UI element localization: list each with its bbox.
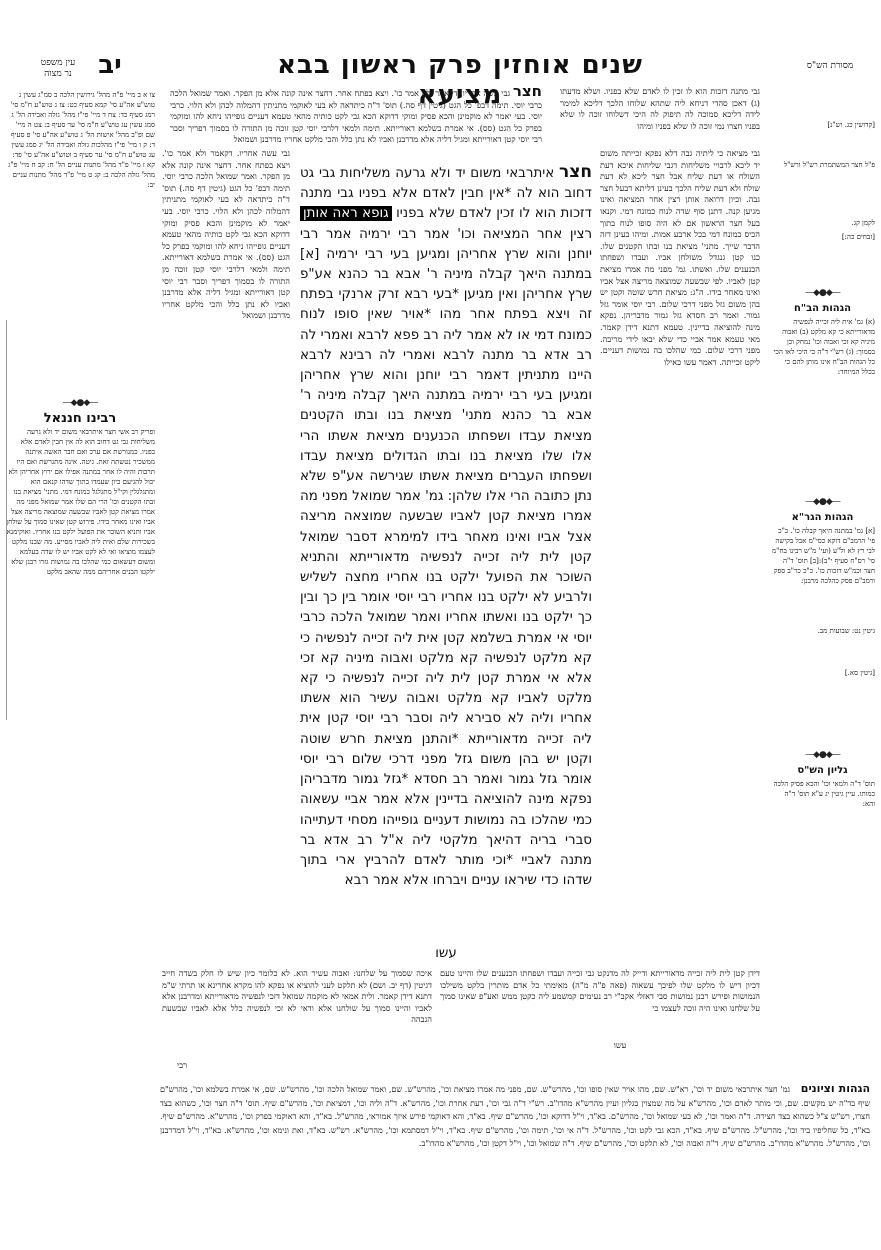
ein-mishpat-line1: עין משפט (18, 58, 98, 69)
hagahot-gra-text: [א] גמ' במתנה היאך קבלה כו'. כ"כ פי' הרמ… (770, 526, 875, 586)
lower-final-left: רבי (162, 1060, 202, 1072)
gemara-text-part2: רצין אחר המציאה וכו' אמר רבי ירמיה אמר ר… (300, 227, 592, 889)
margin-ref: [זבחים כה:] (770, 232, 875, 242)
lower-final-right: עשו (600, 1040, 640, 1052)
tosafot-column: גבי עשה אחריו. דקאמר ולא אמר כו'. ויצא ב… (162, 148, 290, 1008)
hagahot-bach-text: (א) גמ' אית ליה זכייה לנפשיה מדאורייתא כ… (770, 317, 875, 377)
lower-tosafot-text: איכה שסמוך על שלחנו: ואבוה עשיר הוא. לא … (162, 968, 432, 1024)
masoret-hashas-label: מסורת הש"ס (790, 60, 870, 71)
rashi-text: גבי מציאה כי ליתיה גבה דלא נפקא זכייתה מ… (600, 148, 760, 367)
lower-tosafot: איכה שסמוך על שלחנו: ואבוה עשיר הוא. לא … (162, 968, 432, 1058)
margin-ref: פ"ל חצר המשתמרת רש"ל ורש"ל (770, 160, 875, 170)
rashi-column: גבי מציאה כי ליתיה גבה דלא נפקא זכייתה מ… (600, 148, 760, 1008)
margin-ref: [קדושין כג. וש"נ] (770, 120, 875, 130)
left-margin: צו א ב מיי' פ"ה מהל' גירושין הלכה ב סמ"ג… (5, 90, 155, 1080)
lower-final-left-text: רבי (177, 1060, 187, 1070)
hagahot-bach-title: הגהות הב"ח (770, 304, 875, 314)
ein-mishpat-line2: נר מצוה (18, 69, 98, 80)
ornament-divider-icon: —◆●◆— (770, 288, 875, 298)
lower-rashi-text: דידן קטן לית ליה זכייה מדאורייתא ודייק ל… (440, 968, 760, 1013)
tosafot-top-text: גבי עשה אחריו. דקאמר ולא אמר כו'. ויצא ב… (170, 88, 542, 144)
margin-ref: לקמן קג. (770, 218, 875, 228)
gemara-lead-word: חצר (559, 162, 592, 182)
rashi-top: גבי מתנה דזכות הוא לו זכין לו לאדם שלא ב… (560, 86, 760, 146)
ornament-divider-icon: —◆●◆— (770, 750, 875, 760)
bottom-notes-text: גמ' חצר איתרבאי משום יד וכו', רא"ש. שם, … (160, 1085, 870, 1148)
lower-rashi: דידן קטן לית ליה זכייה מדאורייתא ודייק ל… (440, 968, 760, 1038)
bottom-notes: הגהות וציונים גמ' חצר איתרבאי משום יד וכ… (160, 1082, 870, 1151)
ornament-divider-icon: —◆●◆— (5, 398, 155, 408)
rabbenu-chananel-title: רבינו חננאל (5, 414, 155, 424)
gemara-text: חצר איתרבאי משום יד ולא גרעה משליחות גבי… (300, 162, 592, 942)
margin-ref: גיטין נט: שבועות מב. (770, 626, 875, 636)
rashi-top-text: גבי מתנה דזכות הוא לו זכין לו לאדם שלא ב… (560, 86, 760, 131)
lower-final-right-text: עשו (614, 1040, 627, 1050)
tosafot-lead-word: חצר (513, 86, 542, 100)
ein-mishpat-text: צו א ב מיי' פ"ה מהל' גירושין הלכה ב סמ"ג… (5, 90, 155, 390)
ornament-divider-icon: —◆●◆— (770, 497, 875, 507)
rabbenu-chananel-text: ופריק רב אשי חצר איתרבאי משום יד ולא גרע… (5, 427, 155, 1047)
margin-ref: [גיטין סא.] (770, 668, 875, 678)
tosafot-text: גבי עשה אחריו. דקאמר ולא אמר כו'. ויצא ב… (162, 148, 290, 320)
left-margin-rule (6, 320, 7, 720)
right-margin: [קדושין כג. וש"נ] פ"ל חצר המשתמרת רש"ל ו… (770, 90, 875, 1090)
bottom-notes-label: הגהות וציונים (801, 1082, 870, 1095)
hagahot-gra-title: הגהות הגר"א (770, 513, 875, 523)
gilyon-hashas-title: גליון הש"ס (770, 766, 875, 776)
tosafot-top: חצר גבי עשה אחריו. דקאמר ולא אמר כו'. וי… (170, 86, 542, 146)
gilyon-hashas-text: תוס' ד"ה ולמאי וכו' והכא פסיק הלכה כמותו… (770, 779, 875, 809)
gemara-last-line: עשו (300, 944, 592, 964)
ein-mishpat-label: עין משפט נר מצוה (18, 58, 98, 80)
gemara-last-word: עשו (435, 946, 457, 961)
highlighted-phrase[interactable]: גופא ראה אותן (300, 206, 392, 221)
